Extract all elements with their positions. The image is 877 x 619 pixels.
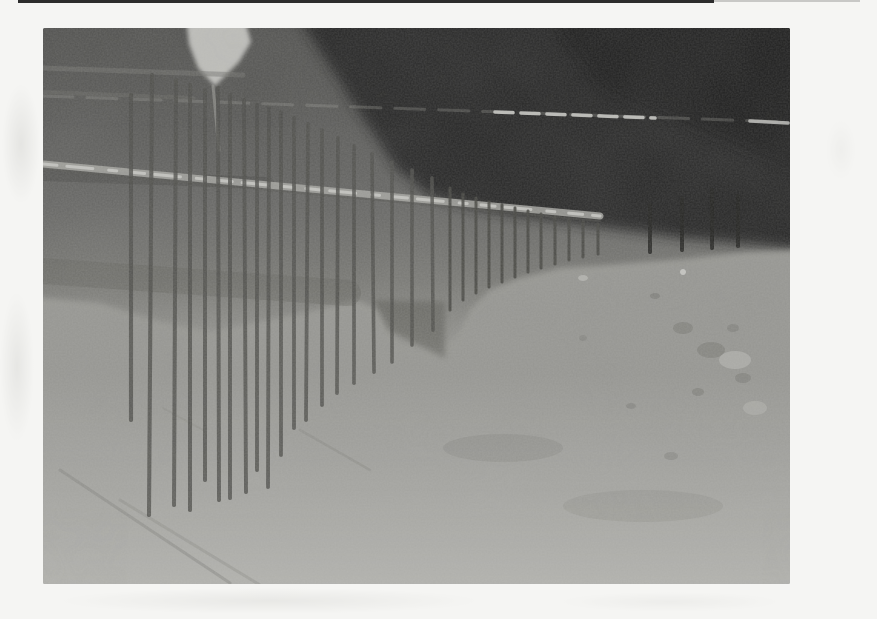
- top-edge-mark: [714, 0, 860, 2]
- paper-smudge: [560, 592, 780, 612]
- construction-photo: [43, 28, 790, 584]
- paper-smudge: [2, 84, 40, 204]
- paper-smudge: [826, 120, 856, 180]
- photo-scene: [43, 28, 790, 584]
- top-edge-mark: [18, 0, 714, 3]
- paper-smudge: [0, 292, 34, 442]
- tonal-blotch-overlay: [43, 28, 790, 584]
- scanned-page: { "page": { "background": "#f5f5f3", "to…: [0, 0, 877, 619]
- paper-smudge: [60, 588, 480, 614]
